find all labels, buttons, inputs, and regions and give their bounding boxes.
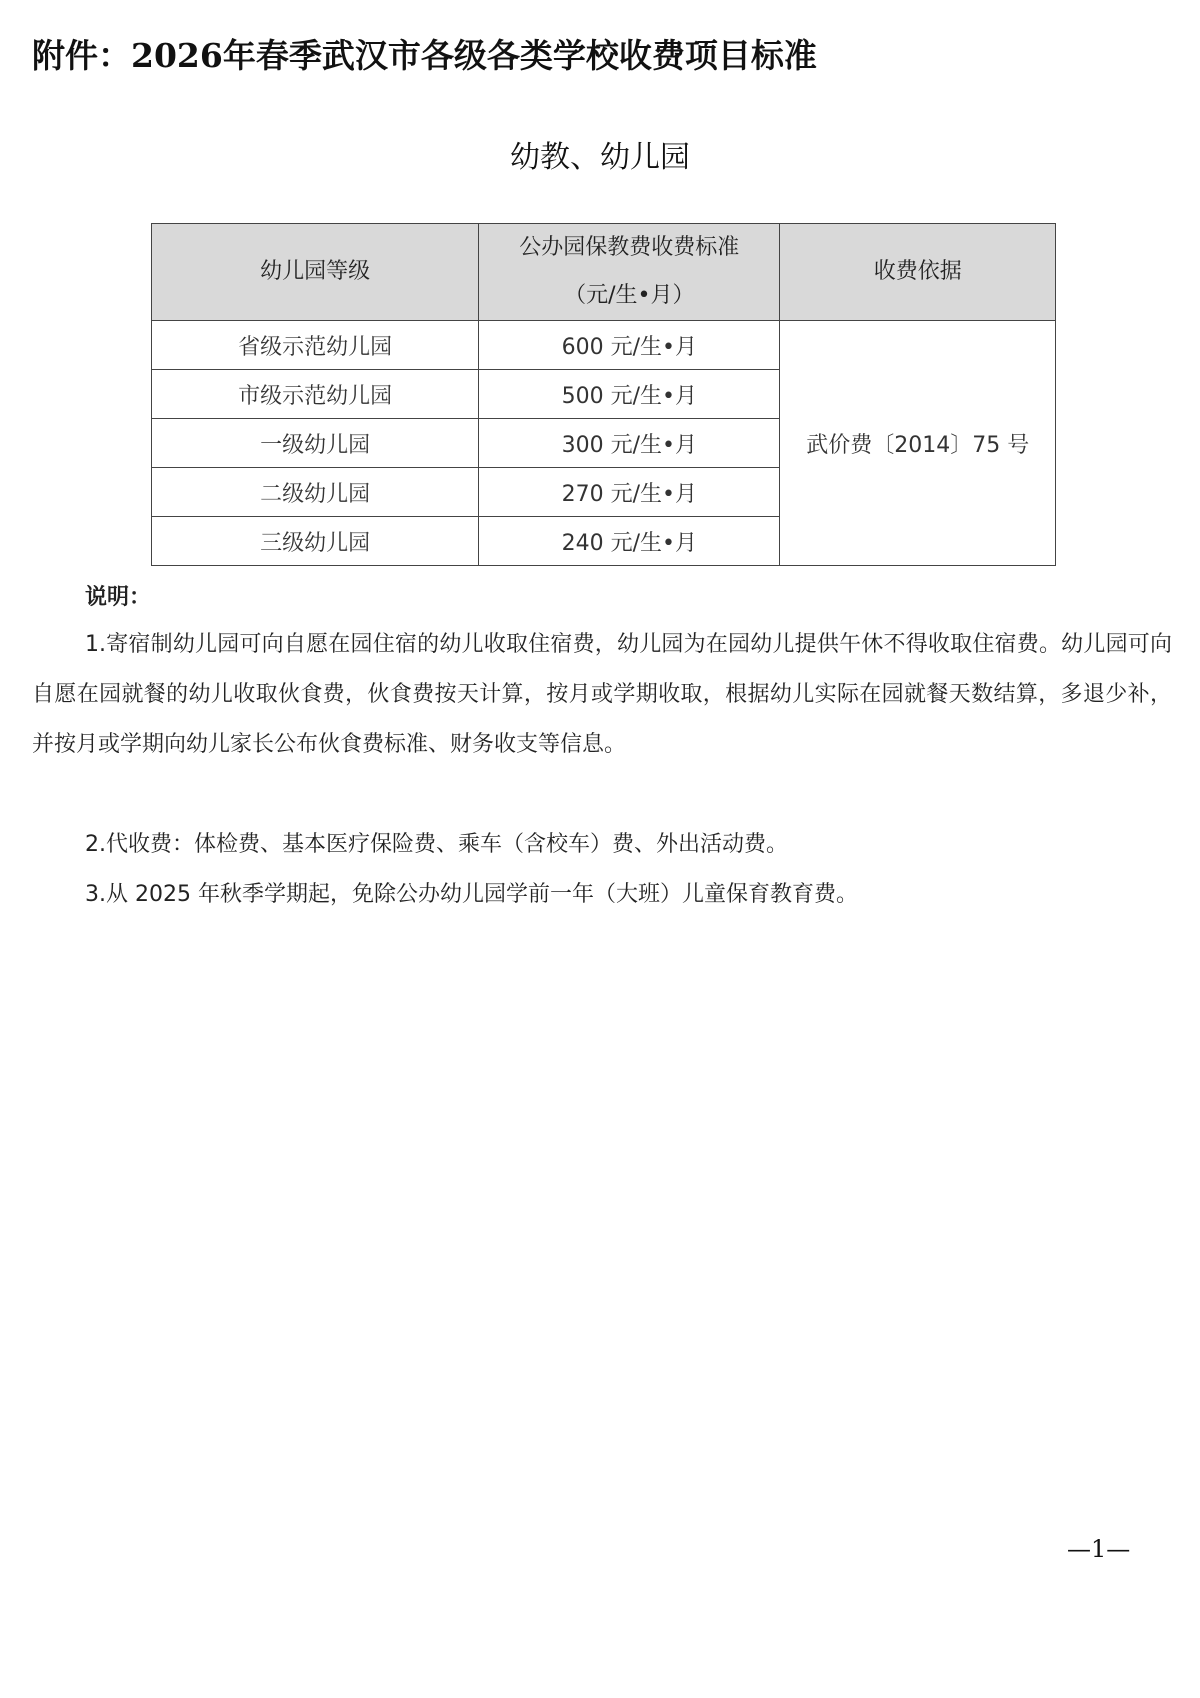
- cell-level: 省级示范幼儿园: [152, 321, 479, 370]
- note-item-2: 2.代收费：体检费、基本医疗保险费、乘车（含校车）费、外出活动费。: [32, 820, 1172, 870]
- cell-level: 市级示范幼儿园: [152, 370, 479, 419]
- cell-fee-basis: 武价费〔2014〕75 号: [780, 321, 1056, 566]
- cell-fee: 600 元/生•月: [479, 321, 780, 370]
- note-item-1: 1.寄宿制幼儿园可向自愿在园住宿的幼儿收取住宿费，幼儿园为在园幼儿提供午休不得收…: [32, 620, 1172, 770]
- table-header-row: 幼儿园等级 公办园保教费收费标准 （元/生•月） 收费依据: [152, 224, 1056, 321]
- header-fee-standard-line2: （元/生•月）: [479, 272, 779, 320]
- section-title: 幼教、幼儿园: [0, 132, 1200, 176]
- cell-fee: 500 元/生•月: [479, 370, 780, 419]
- header-kindergarten-level: 幼儿园等级: [152, 224, 479, 321]
- table-row: 省级示范幼儿园 600 元/生•月 武价费〔2014〕75 号: [152, 321, 1056, 370]
- cell-level: 三级幼儿园: [152, 517, 479, 566]
- cell-fee: 240 元/生•月: [479, 517, 780, 566]
- page-number: —1—: [1067, 1535, 1130, 1563]
- document-title: 附件：2026年春季武汉市各级各类学校收费项目标准: [32, 30, 817, 77]
- cell-level: 二级幼儿园: [152, 468, 479, 517]
- notes-heading: 说明：: [85, 580, 151, 611]
- header-fee-standard: 公办园保教费收费标准 （元/生•月）: [479, 224, 780, 321]
- note-item-3: 3.从 2025 年秋季学期起，免除公办幼儿园学前一年（大班）儿童保育教育费。: [32, 870, 1172, 920]
- cell-fee: 270 元/生•月: [479, 468, 780, 517]
- header-fee-basis: 收费依据: [780, 224, 1056, 321]
- cell-level: 一级幼儿园: [152, 419, 479, 468]
- fee-standard-table: 幼儿园等级 公办园保教费收费标准 （元/生•月） 收费依据 省级示范幼儿园 60…: [151, 223, 1056, 566]
- cell-fee: 300 元/生•月: [479, 419, 780, 468]
- header-fee-standard-line1: 公办园保教费收费标准: [479, 224, 779, 272]
